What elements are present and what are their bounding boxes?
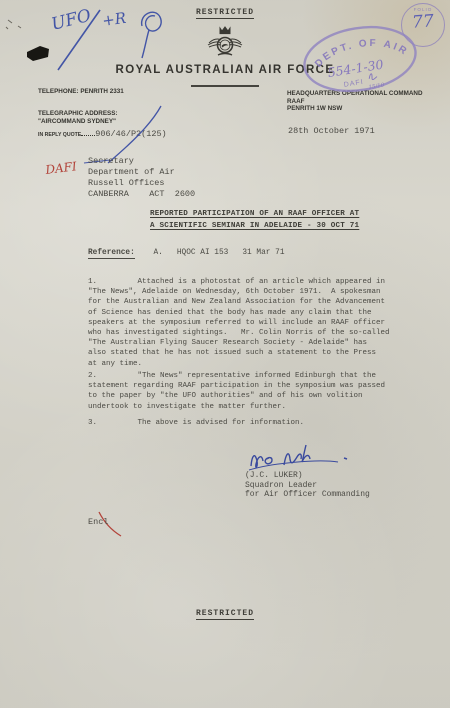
document-date: 28th October 1971 xyxy=(288,126,375,136)
document-page: RESTRICTED ROYAL AUSTRALIAN AIR FORCE TE… xyxy=(0,0,450,708)
reference-label: Reference: xyxy=(88,249,135,259)
paragraph-3: 3. The above is advised for information. xyxy=(88,418,304,428)
signatory-name: (J.C. LUKER) xyxy=(245,471,370,481)
recipient-line1: Secretary xyxy=(88,156,195,167)
reference-line: Reference: A. HQOC AI 153 31 Mar 71 xyxy=(88,249,285,257)
dept-stamp-initials xyxy=(368,73,377,80)
signature-block: (J.C. LUKER) Squadron Leader for Air Off… xyxy=(245,471,370,500)
reference-value: A. HQOC AI 153 31 Mar 71 xyxy=(153,249,284,257)
telegraphic-label: TELEGRAPHIC ADDRESS: xyxy=(38,110,118,118)
circled-scribble-stroke xyxy=(142,12,162,58)
subject-line2: A SCIENTIFIC SEMINAR IN ADELAIDE - 30 OC… xyxy=(150,221,359,233)
subject-title: REPORTED PARTICIPATION OF AN RAAF OFFICE… xyxy=(150,209,359,232)
telegraphic-address: TELEGRAPHIC ADDRESS: "AIRCOMMAND SYDNEY" xyxy=(38,110,118,125)
recipient-line4: CANBERRA ACT 2600 xyxy=(88,189,195,200)
signature-ink xyxy=(249,445,347,470)
in-reply-label: IN REPLY QUOTE xyxy=(38,132,81,138)
raaf-crest-icon xyxy=(205,24,245,64)
red-branch-note: DAFI xyxy=(44,159,78,177)
in-reply-line: IN REPLY QUOTE906/46/P2(125) xyxy=(38,129,167,140)
subject-line1: REPORTED PARTICIPATION OF AN RAAF OFFICE… xyxy=(150,209,359,221)
signatory-for-line: for Air Officer Commanding xyxy=(245,490,370,500)
hq-line2: RAAF xyxy=(287,98,423,106)
signatory-rank: Squadron Leader xyxy=(245,481,370,491)
recipient-address: Secretary Department of Air Russell Offi… xyxy=(88,156,195,200)
recipient-line3: Russell Offices xyxy=(88,178,195,189)
ufo-slash-stroke xyxy=(58,10,100,70)
black-blot xyxy=(27,46,49,61)
letterhead-divider xyxy=(191,85,259,87)
hq-line3: PENRITH 1W NSW xyxy=(287,105,423,113)
paragraph-1: 1. Attached is a photostat of an article… xyxy=(88,277,390,369)
classification-header: RESTRICTED xyxy=(0,8,450,17)
file-reference: 906/46/P2(125) xyxy=(95,129,166,139)
telephone-line: TELEPHONE: PENRITH 2331 xyxy=(38,88,124,96)
dotted-leader xyxy=(81,129,95,136)
dept-branch-label: DAFI xyxy=(343,79,364,89)
pencil-marks xyxy=(6,20,21,29)
recipient-line2: Department of Air xyxy=(88,167,195,178)
enclosure-note: Encl xyxy=(88,517,108,527)
dept-of-air-stamp: DEPT. OF AIR 554-1-30 DAFI 15/10 xyxy=(298,20,422,98)
classification-footer: RESTRICTED xyxy=(0,609,450,618)
dept-stamp-date: 15/10 xyxy=(368,82,385,90)
telegraphic-value: "AIRCOMMAND SYDNEY" xyxy=(38,118,118,126)
dept-file-number: 554-1-30 xyxy=(327,57,385,81)
paragraph-2: 2. "The News" representative informed Ed… xyxy=(88,371,385,412)
